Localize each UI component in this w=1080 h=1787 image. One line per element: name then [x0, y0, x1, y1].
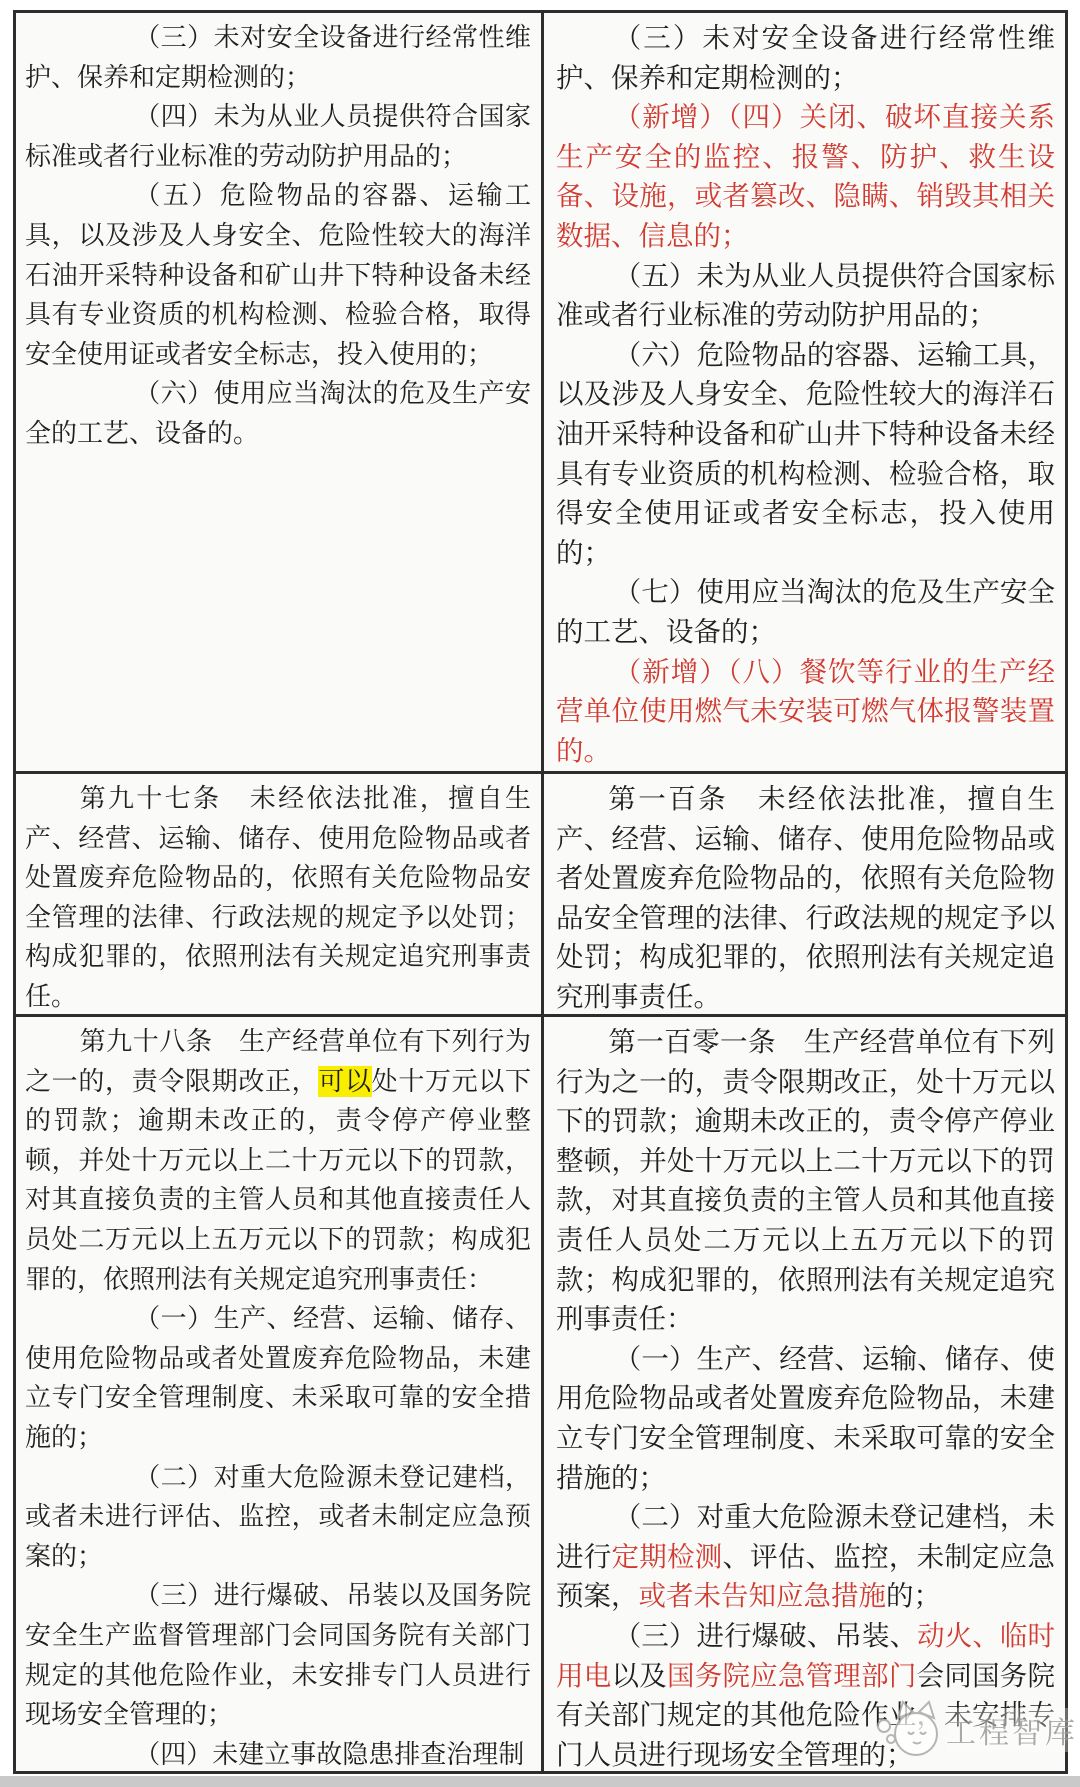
text-segment: （六）使用应当淘汰的危及生产安全的工艺、设备的。: [25, 379, 531, 448]
item-paragraph: （三）进行爆破、吊装、动火、临时用电以及国务院应急管理部门会同国务院有关部门规定…: [556, 1616, 1055, 1771]
text-segment: （一）生产、经营、运输、储存、使用危险物品或者处置废弃危险物品，未建立专门安全管…: [25, 1304, 531, 1452]
table-row-article-97-100: 第九十七条 未经依法批准，擅自生产、经营、运输、储存、使用危险物品或者处置废弃危…: [16, 771, 1065, 1014]
table-row-article-98-101: 第九十八条 生产经营单位有下列行为之一的，责令限期改正，可以处十万元以下的罚款；…: [16, 1014, 1065, 1771]
item-paragraph: （二）对重大危险源未登记建档，未进行定期检测、评估、监控，未制定应急预案，或者未…: [556, 1497, 1055, 1616]
highlighted-text: 可以: [318, 1066, 371, 1097]
item-paragraph: （新增）（八）餐饮等行业的生产经营单位使用燃气未安装可燃气体报警装置的。: [556, 652, 1055, 771]
new-law-cell-row2: 第一百条 未经依法批准，擅自生产、经营、运输、储存、使用危险物品或者处置废弃危险…: [544, 774, 1065, 1014]
item-paragraph: （五）未为从业人员提供符合国家标准或者行业标准的劳动防护用品的；: [556, 256, 1055, 335]
item-paragraph: （三）进行爆破、吊装以及国务院安全生产监督管理部门会同国务院有关部门规定的其他危…: [25, 1576, 531, 1734]
item-paragraph: （七）使用应当淘汰的危及生产安全的工艺、设备的；: [556, 572, 1055, 651]
text-segment: （三）未对安全设备进行经常性维护、保养和定期检测的；: [556, 22, 1055, 93]
new-law-cell-row3: 第一百零一条 生产经营单位有下列行为之一的，责令限期改正，处十万元以下的罚款；逾…: [544, 1017, 1065, 1771]
article-paragraph: 第一百条 未经依法批准，擅自生产、经营、运输、储存、使用危险物品或者处置废弃危险…: [556, 779, 1055, 1014]
text-segment: （七）使用应当淘汰的危及生产安全的工艺、设备的；: [556, 576, 1055, 647]
item-paragraph: （一）生产、经营、运输、储存、使用危险物品或者处置废弃危险物品，未建立专门安全管…: [25, 1299, 531, 1457]
image-crop-strip: [0, 1776, 1080, 1787]
item-paragraph: （二）对重大危险源未登记建档，或者未进行评估、监控，或者未制定应急预案的；: [25, 1458, 531, 1577]
added-text: （新增）（八）餐饮等行业的生产经营单位使用燃气未安装可燃气体报警装置的。: [556, 656, 1055, 766]
text-segment: （四）未为从业人员提供符合国家标准或者行业标准的劳动防护用品的；: [25, 102, 531, 171]
item-paragraph: （六）危险物品的容器、运输工具，以及涉及人身安全、危险性较大的海洋石油开采特种设…: [556, 335, 1055, 573]
law-comparison-table: （三）未对安全设备进行经常性维护、保养和定期检测的；（四）未为从业人员提供符合国…: [13, 10, 1068, 1774]
new-law-cell-row1: （三）未对安全设备进行经常性维护、保养和定期检测的；（新增）（四）关闭、破坏直接…: [544, 13, 1065, 771]
text-segment: （四）未建立事故隐患排查治理制: [134, 1740, 524, 1769]
text-segment: （三）进行爆破、吊装以及国务院安全生产监督管理部门会同国务院有关部门规定的其他危…: [25, 1581, 531, 1729]
item-paragraph: （三）未对安全设备进行经常性维护、保养和定期检测的；: [25, 18, 531, 97]
text-segment: 第一百条 未经依法批准，擅自生产、经营、运输、储存、使用危险物品或者处置废弃危险…: [556, 783, 1055, 1012]
text-segment: （一）生产、经营、运输、储存、使用危险物品或者处置废弃危险物品，未建立专门安全管…: [556, 1343, 1055, 1493]
article-paragraph: 第一百零一条 生产经营单位有下列行为之一的，责令限期改正，处十万元以下的罚款；逾…: [556, 1022, 1055, 1339]
article-paragraph: 第九十八条 生产经营单位有下列行为之一的，责令限期改正，可以处十万元以下的罚款；…: [25, 1022, 531, 1299]
text-segment: 处十万元以下的罚款；逾期未改正的，责令停产停业整顿，并处十万元以上二十万元以下的…: [25, 1067, 531, 1294]
text-segment: （二）对重大危险源未登记建档，或者未进行评估、监控，或者未制定应急预案的；: [25, 1463, 531, 1571]
text-segment: 第九十七条 未经依法批准，擅自生产、经营、运输、储存、使用危险物品或者处置废弃危…: [25, 784, 531, 1011]
table-row-violation-items: （三）未对安全设备进行经常性维护、保养和定期检测的；（四）未为从业人员提供符合国…: [16, 13, 1065, 771]
text-segment: （五）未为从业人员提供符合国家标准或者行业标准的劳动防护用品的；: [556, 260, 1055, 331]
item-paragraph: （三）未对安全设备进行经常性维护、保养和定期检测的；: [556, 18, 1055, 97]
item-paragraph: （四）未为从业人员提供符合国家标准或者行业标准的劳动防护用品的；: [25, 97, 531, 176]
text-segment: 的；: [886, 1580, 941, 1611]
old-law-cell-row2: 第九十七条 未经依法批准，擅自生产、经营、运输、储存、使用危险物品或者处置废弃危…: [16, 774, 544, 1014]
added-text: 定期检测: [611, 1541, 722, 1572]
text-segment: 第一百零一条 生产经营单位有下列行为之一的，责令限期改正，处十万元以下的罚款；逾…: [556, 1026, 1055, 1334]
text-segment: （五）危险物品的容器、运输工具，以及涉及人身安全、危险性较大的海洋石油开采特种设…: [25, 181, 531, 368]
old-law-cell-row3: 第九十八条 生产经营单位有下列行为之一的，责令限期改正，可以处十万元以下的罚款；…: [16, 1017, 544, 1771]
added-text: （新增）（四）关闭、破坏直接关系生产安全的监控、报警、防护、救生设备、设施，或者…: [556, 101, 1055, 251]
text-segment: （三）进行爆破、吊装、: [614, 1620, 917, 1651]
item-paragraph: （六）使用应当淘汰的危及生产安全的工艺、设备的。: [25, 374, 531, 453]
text-segment: （三）未对安全设备进行经常性维护、保养和定期检测的；: [25, 23, 531, 92]
text-segment: （六）危险物品的容器、运输工具，以及涉及人身安全、危险性较大的海洋石油开采特种设…: [556, 339, 1055, 568]
added-text: 国务院应急管理部门: [667, 1660, 917, 1691]
text-segment: 以及: [611, 1660, 666, 1691]
item-paragraph: （四）未建立事故隐患排查治理制: [25, 1735, 531, 1771]
old-law-cell-row1: （三）未对安全设备进行经常性维护、保养和定期检测的；（四）未为从业人员提供符合国…: [16, 13, 544, 771]
added-text: 或者未告知应急措施: [639, 1580, 887, 1611]
item-paragraph: （五）危险物品的容器、运输工具，以及涉及人身安全、危险性较大的海洋石油开采特种设…: [25, 176, 531, 374]
item-paragraph: （新增）（四）关闭、破坏直接关系生产安全的监控、报警、防护、救生设备、设施，或者…: [556, 97, 1055, 255]
item-paragraph: （一）生产、经营、运输、储存、使用危险物品或者处置废弃危险物品，未建立专门安全管…: [556, 1339, 1055, 1497]
article-paragraph: 第九十七条 未经依法批准，擅自生产、经营、运输、储存、使用危险物品或者处置废弃危…: [25, 779, 531, 1014]
